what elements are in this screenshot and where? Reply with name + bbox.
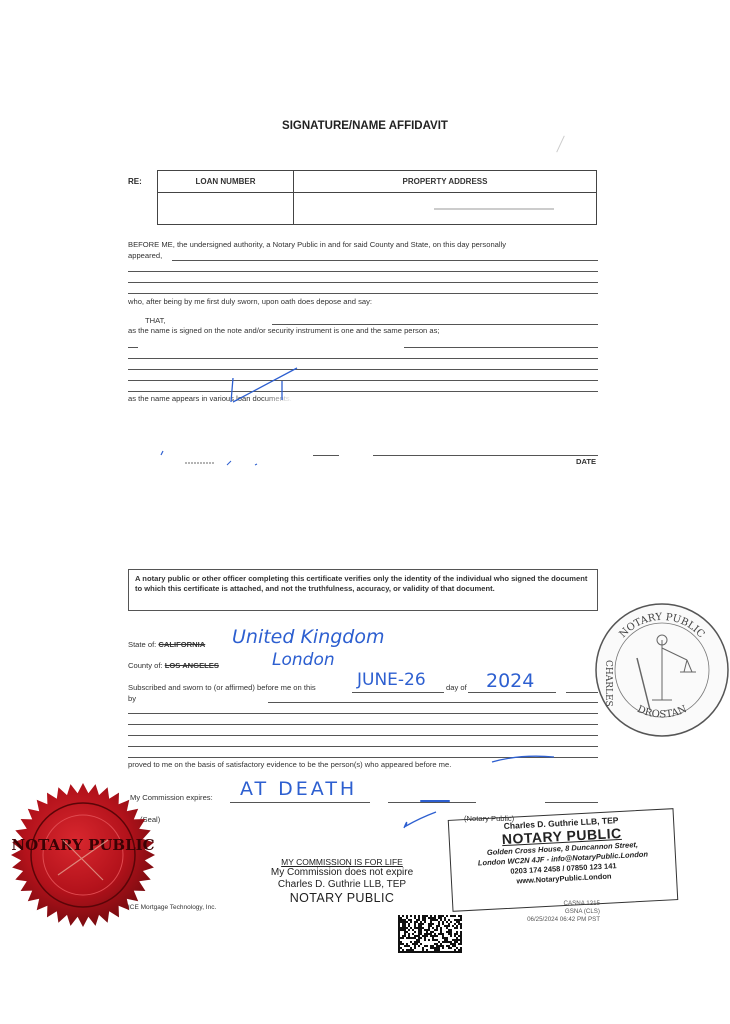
before-me-text: BEFORE ME, the undersigned authority, a … bbox=[128, 240, 506, 250]
document-title: SIGNATURE/NAME AFFIDAVIT bbox=[0, 120, 730, 132]
meta-line-1: CASNA 1215 bbox=[490, 900, 600, 908]
initial-mark bbox=[400, 808, 440, 830]
commission-ink bbox=[420, 800, 450, 802]
red-seal-text: NOTARY PUBLIC bbox=[11, 836, 154, 854]
day-handwritten[interactable]: JUNE-26 bbox=[357, 670, 426, 690]
county-printed: LOS ANGELES bbox=[165, 661, 219, 670]
life-line-3: Charles D. Guthrie LLB, TEP bbox=[262, 879, 422, 891]
appeared-line[interactable] bbox=[172, 260, 598, 261]
commission-life-stamp: MY COMMISSION IS FOR LIFE My Commission … bbox=[262, 857, 422, 905]
signature-check-mark bbox=[225, 362, 305, 407]
subscribed-text: Subscribed and sworn to (or affirmed) be… bbox=[128, 683, 316, 693]
life-line-1: MY COMMISSION IS FOR LIFE bbox=[262, 857, 422, 867]
county-row: County of: LOS ANGELES bbox=[128, 661, 219, 671]
appeared-line-2[interactable] bbox=[128, 271, 598, 272]
same-person-line-1[interactable] bbox=[404, 347, 598, 348]
by-line-4[interactable] bbox=[128, 735, 598, 736]
day-of-label: day of bbox=[446, 683, 467, 693]
commission-line-2[interactable] bbox=[388, 802, 476, 803]
state-handwritten[interactable]: United Kingdom bbox=[232, 626, 385, 648]
re-label: RE: bbox=[128, 177, 142, 186]
red-notary-seal-icon: NOTARY PUBLIC bbox=[8, 780, 158, 930]
day-line[interactable] bbox=[352, 692, 444, 693]
signature-line-main[interactable] bbox=[373, 455, 598, 456]
loan-number-header: LOAN NUMBER bbox=[158, 171, 294, 193]
county-label: County of: bbox=[128, 661, 163, 670]
who-after-text: who, after being by me first duly sworn,… bbox=[128, 297, 372, 307]
commission-handwritten[interactable]: AT DEATH bbox=[240, 778, 357, 800]
stray-mark bbox=[556, 136, 565, 153]
by-line-3[interactable] bbox=[128, 724, 598, 725]
year-line[interactable] bbox=[468, 692, 556, 693]
appeared-label: appeared, bbox=[128, 251, 162, 261]
by-line-5[interactable] bbox=[128, 746, 598, 747]
commission-line-3[interactable] bbox=[545, 802, 598, 803]
as-name-signed-text: as the name is signed on the note and/or… bbox=[128, 326, 440, 336]
by-line[interactable] bbox=[268, 702, 598, 703]
state-label: State of: bbox=[128, 640, 156, 649]
notary-address-stamp: Charles D. Guthrie LLB, TEP NOTARY PUBLI… bbox=[448, 808, 679, 912]
commission-line[interactable] bbox=[230, 802, 370, 803]
same-person-line-2[interactable] bbox=[128, 358, 598, 359]
loan-table: LOAN NUMBER PROPERTY ADDRESS bbox=[157, 170, 597, 225]
that-label: THAT, bbox=[145, 316, 166, 326]
life-line-4: NOTARY PUBLIC bbox=[262, 891, 422, 905]
emb-seal-left: CHARLES bbox=[603, 660, 613, 707]
loan-number-cell bbox=[158, 193, 294, 225]
property-address-cell bbox=[294, 193, 597, 225]
datamatrix-code bbox=[398, 915, 462, 953]
embossed-notary-seal-icon: NOTARY PUBLIC DROSTAN CHARLES bbox=[592, 600, 730, 740]
same-person-line-3[interactable] bbox=[128, 369, 598, 370]
stamp-meta: CASNA 1215 GSNA (CLS) 06/25/2024 06:42 P… bbox=[490, 900, 600, 924]
proved-text: proved to me on the basis of satisfactor… bbox=[128, 760, 451, 770]
same-person-line-5[interactable] bbox=[128, 391, 598, 392]
signature-mark bbox=[155, 445, 275, 470]
property-address-header: PROPERTY ADDRESS bbox=[294, 171, 597, 193]
life-line-2: My Commission does not expire bbox=[262, 867, 422, 879]
county-handwritten[interactable]: London bbox=[272, 650, 335, 670]
state-printed: CALIFORNIA bbox=[158, 640, 205, 649]
ink-stroke bbox=[490, 752, 560, 766]
meta-line-3: 06/25/2024 06:42 PM PST bbox=[490, 916, 600, 924]
same-person-line-1b[interactable] bbox=[128, 347, 138, 348]
state-row: State of: CALIFORNIA bbox=[128, 640, 205, 650]
notary-disclaimer-box: A notary public or other officer complet… bbox=[128, 569, 598, 611]
that-line[interactable] bbox=[272, 324, 598, 325]
same-person-line-4[interactable] bbox=[128, 380, 598, 381]
appeared-line-4[interactable] bbox=[128, 293, 598, 294]
appeared-line-3[interactable] bbox=[128, 282, 598, 283]
date-label: DATE bbox=[576, 457, 596, 467]
by-label: by bbox=[128, 694, 136, 704]
signature-line[interactable] bbox=[313, 455, 339, 456]
by-line-2[interactable] bbox=[128, 713, 598, 714]
year-handwritten[interactable]: 2024 bbox=[486, 670, 534, 692]
meta-line-2: GSNA (CLS) bbox=[490, 908, 600, 916]
